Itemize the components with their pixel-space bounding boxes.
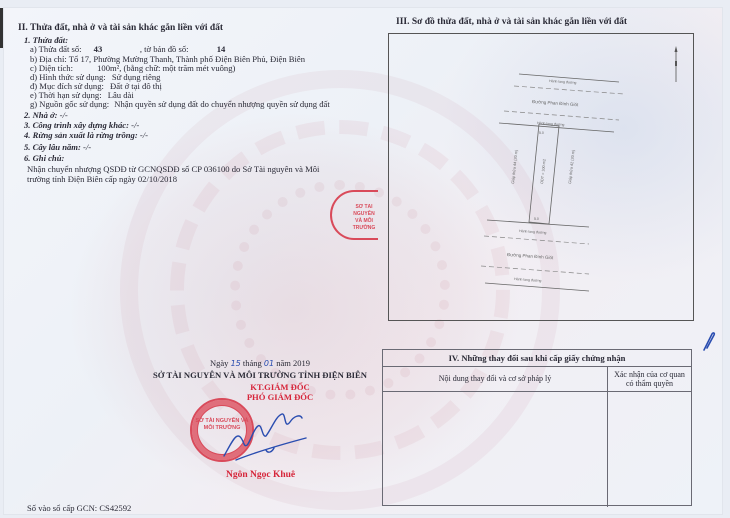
forest-row: 4. Rừng sản xuất là rừng trồng: -/- [24, 130, 148, 140]
date-day: 15 [231, 359, 241, 368]
parcel-label: a) Thửa đất số: [30, 44, 82, 54]
perennial-row: 5. Cây lâu năm: -/- [24, 142, 91, 152]
confirmation-line-2: có thẩm quyền [608, 379, 691, 388]
house-row: 2. Nhà ở: -/- [24, 110, 68, 120]
road-boundary-top: Hành lang đường [549, 79, 577, 85]
signer-name: Ngôn Ngọc Khuê [226, 470, 295, 480]
registry-number: Số vào sổ cấp GCN: CS42592 [27, 503, 131, 513]
changes-table: IV. Những thay đổi sau khi cấp giấy chứn… [382, 349, 692, 506]
north-arrow-icon [675, 46, 678, 82]
confirmation-line-1: Xác nhận của cơ quan [608, 370, 691, 379]
other-works-value: -/- [131, 120, 139, 130]
date-month: 01 [264, 359, 274, 368]
parcel-label: ODT = 100 m2 [540, 159, 547, 184]
parcel-row: a) Thửa đất số: 43 , tờ bản đồ số: 14 [30, 44, 225, 54]
date-prefix: Ngày [210, 358, 228, 368]
changes-content-cell [383, 392, 608, 507]
signer-title-2: PHÓ GIÁM ĐỐC [140, 392, 380, 402]
section-4-title: IV. Những thay đổi sau khi cấp giấy chứn… [383, 350, 691, 367]
notes-label: 6. Ghi chú: [24, 153, 64, 163]
forest-label: 4. Rừng sản xuất là rừng trồng: [24, 130, 138, 140]
right-neighbor: Giáp thửa 42 (20 m) [568, 149, 576, 184]
issuing-agency: SỞ TÀI NGUYÊN VÀ MÔI TRƯỜNG TỈNH ĐIỆN BI… [140, 370, 380, 380]
signature-scribble [216, 408, 316, 468]
perennial-label: 5. Cây lâu năm: [24, 142, 81, 152]
origin-label: g) Nguồn gốc sử dụng: [30, 99, 109, 109]
map-label: , tờ bản đồ số: [140, 44, 189, 54]
frontage-bottom: 5.0 [534, 217, 539, 221]
notes-line-2: trường tỉnh Điện Biên cấp ngày 02/10/201… [27, 174, 177, 184]
section-3-title: III. Sơ đồ thửa đất, nhà ở và tài sản kh… [396, 17, 627, 27]
origin-value: Nhận quyền sử dụng đất do chuyển nhượng … [111, 99, 329, 109]
plot-diagram: Hành lang đường Đường Phan Đình Giót Hàn… [388, 33, 694, 321]
date-year: 2019 [293, 358, 310, 368]
house-label: 2. Nhà ở: [24, 110, 58, 120]
signer-title-1: KT.GIÁM ĐỐC [140, 382, 380, 392]
page-edge [0, 8, 3, 48]
road-boundary-lower: Hành lang đường [519, 229, 547, 235]
year-prefix: năm [276, 358, 291, 368]
forest-value: -/- [140, 130, 148, 140]
section-2-title: II. Thửa đất, nhà ở và tài sản khác gắn … [18, 23, 223, 33]
changes-body-row [383, 392, 691, 507]
frontage-top: 5.0 [539, 131, 544, 135]
month-prefix: tháng [243, 358, 262, 368]
map-number: 14 [191, 44, 226, 54]
changes-col-content: Nội dung thay đổi và cơ sở pháp lý [383, 367, 608, 391]
changes-header-row: Nội dung thay đổi và cơ sở pháp lý Xác n… [383, 367, 691, 392]
house-value: -/- [60, 110, 68, 120]
issue-date: Ngày 15 tháng 01 năm 2019 [140, 358, 380, 368]
side-seal-stamp: SỞ TÀI NGUYÊN VÀ MÔI TRƯỜNG [330, 190, 378, 240]
changes-col-confirmation: Xác nhận của cơ quan có thẩm quyền [608, 367, 691, 391]
plot-drawing: Hành lang đường Đường Phan Đình Giót Hàn… [389, 34, 695, 322]
parcel-number: 43 [84, 44, 138, 54]
signature-block: Ngày 15 tháng 01 năm 2019 SỞ TÀI NGUYÊN … [140, 358, 380, 402]
paperclip-icon [700, 330, 716, 352]
origin-row: g) Nguồn gốc sử dụng: Nhận quyền sử dụng… [30, 99, 330, 109]
road-name-top: Đường Phan Đình Giót [532, 99, 579, 107]
road-name-bottom: Đường Phan Đình Giót [507, 252, 554, 260]
side-seal-text: SỞ TÀI NGUYÊN VÀ MÔI TRƯỜNG [350, 204, 378, 230]
other-works-label: 3. Công trình xây dựng khác: [24, 120, 129, 130]
notes-line-1: Nhận chuyển nhượng QSDĐ từ GCNQSDĐ số CP… [27, 164, 319, 174]
left-neighbor: Giáp thửa 44 (20 m) [511, 149, 519, 184]
road-boundary-bottom: Hành lang đường [514, 277, 542, 283]
other-works-row: 3. Công trình xây dựng khác: -/- [24, 120, 139, 130]
perennial-value: -/- [83, 142, 91, 152]
